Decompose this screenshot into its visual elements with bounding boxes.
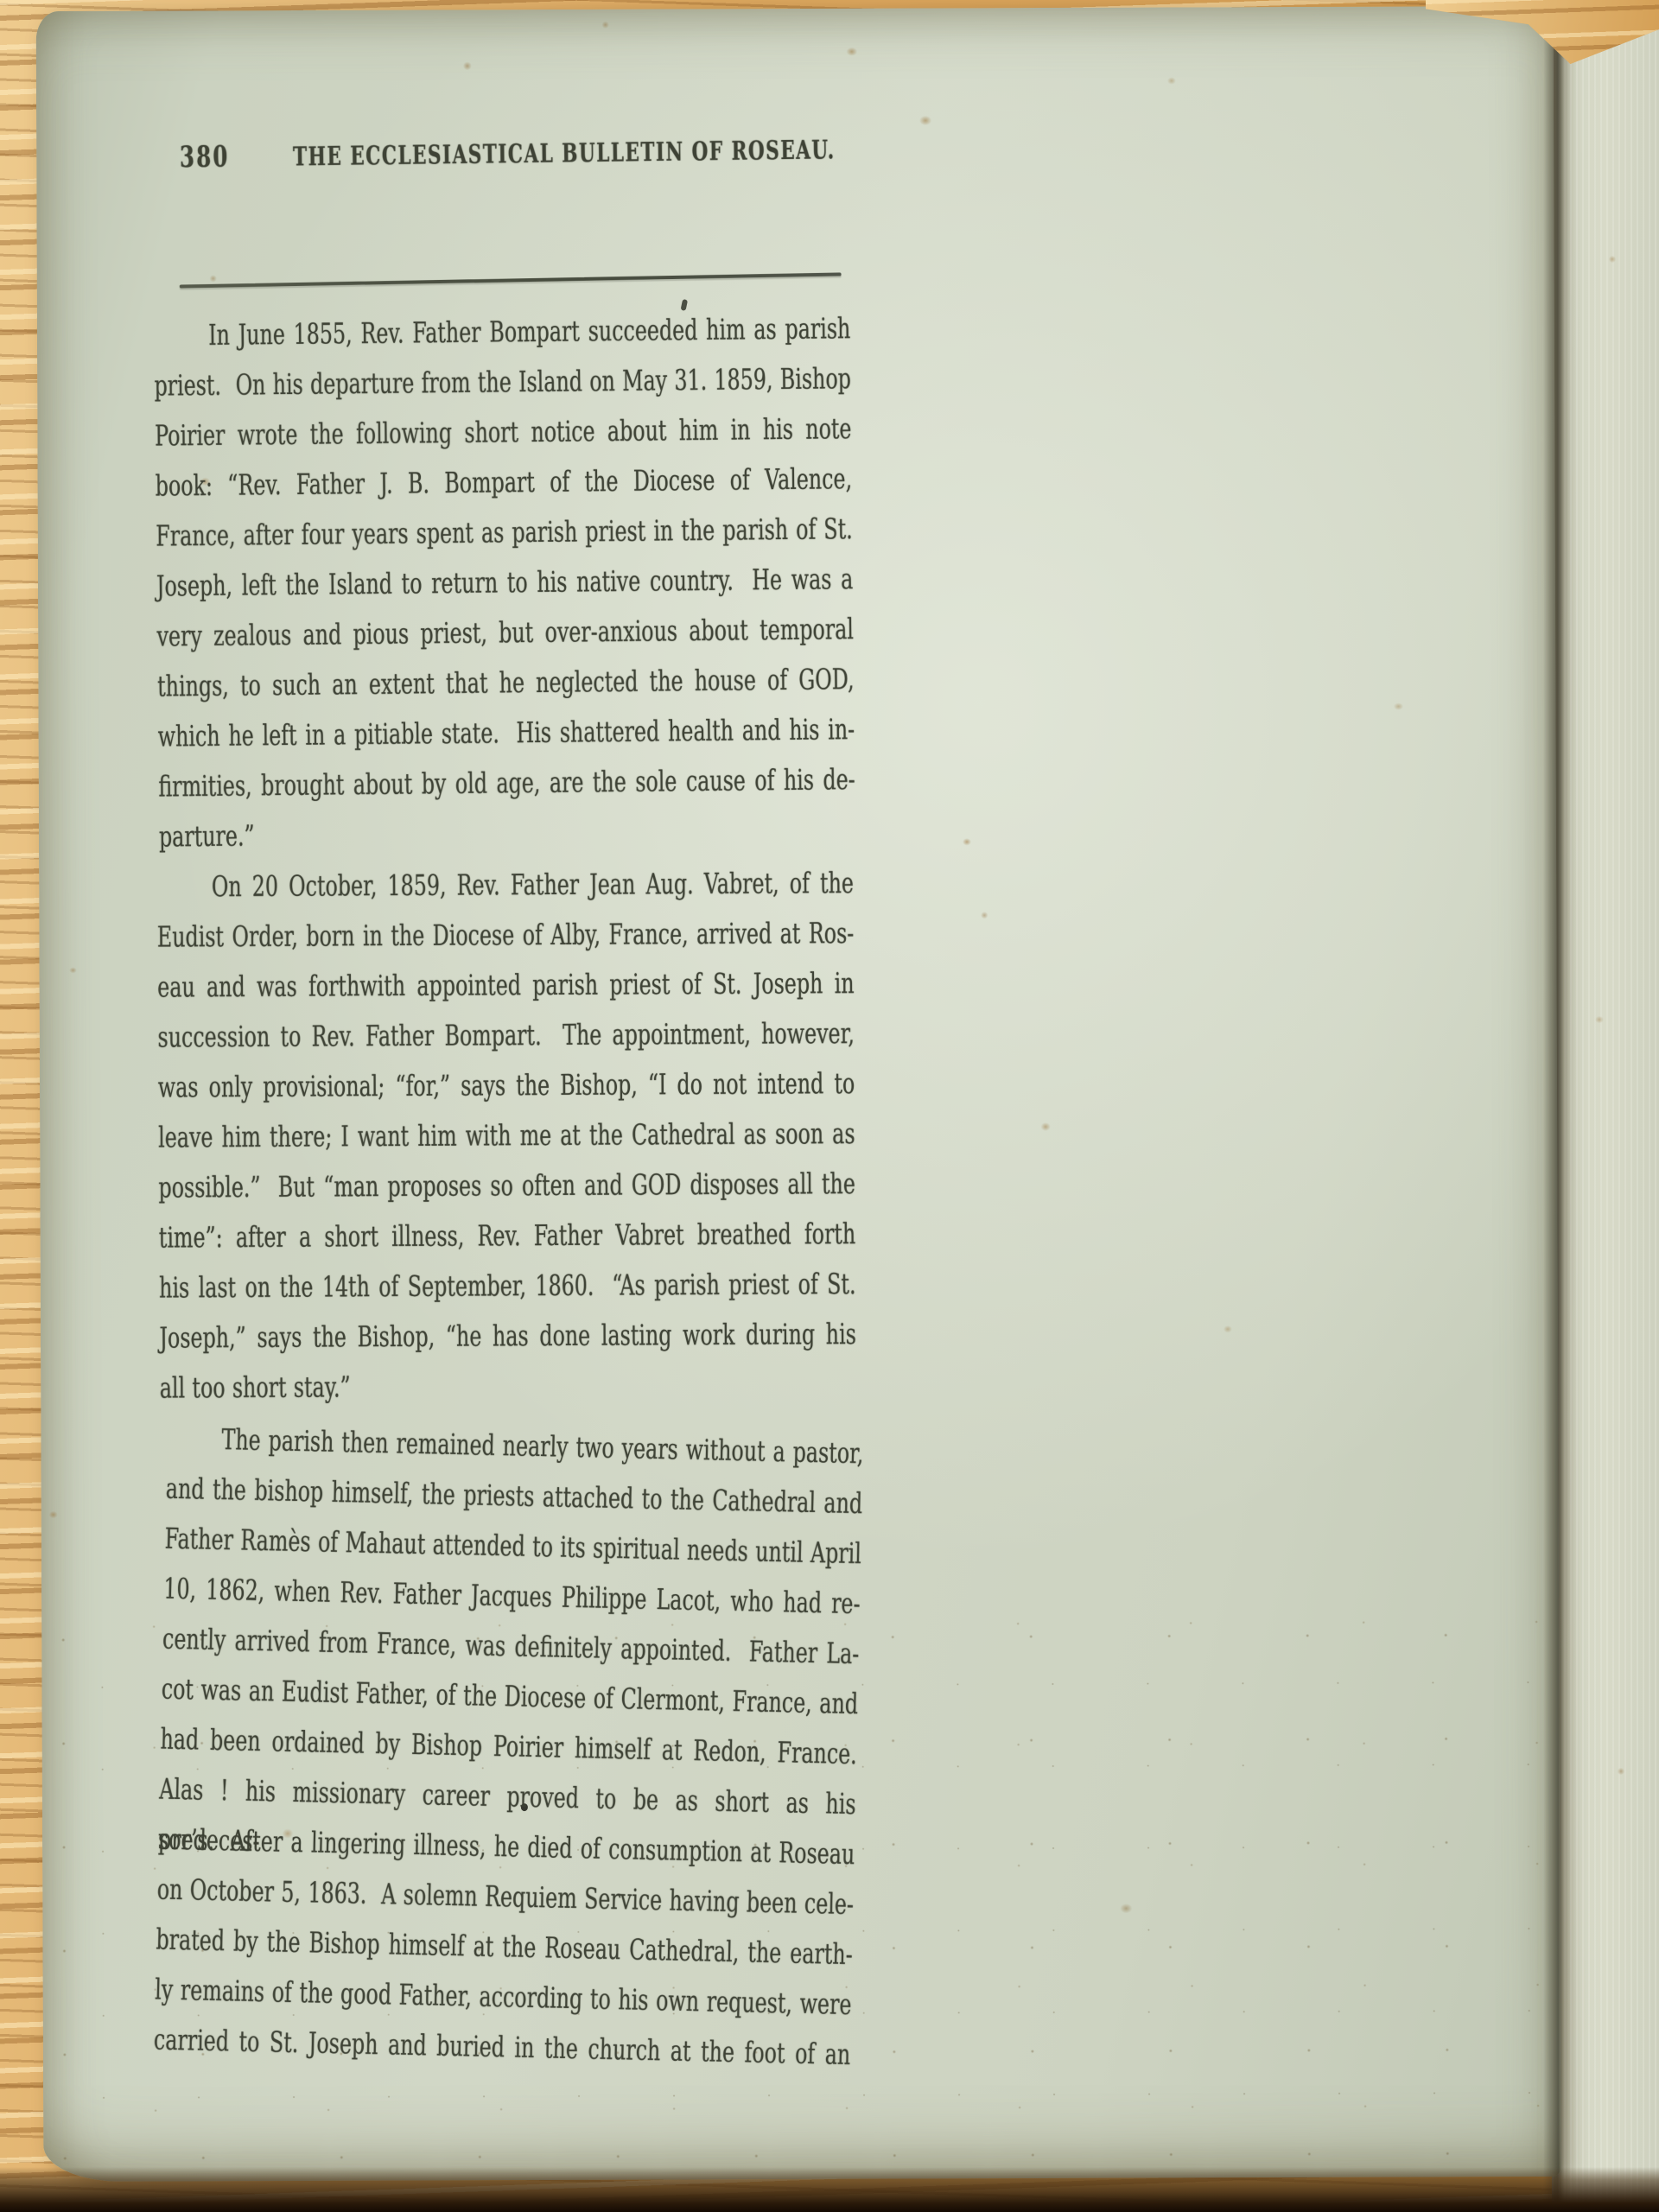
- text-line: very zealous and pious priest, but over-…: [156, 604, 854, 661]
- text-line: which he left in a pitiable state. His s…: [157, 704, 855, 761]
- text-line: leave him there; I want him with me at t…: [158, 1109, 855, 1163]
- header-title: THE ECCLESIASTICAL BULLETIN OF ROSEAU.: [293, 135, 836, 172]
- text-line: firmities, brought about by old age, are…: [158, 754, 855, 811]
- text-line: parture.”: [159, 804, 856, 861]
- text-line: In June 1855, Rev. Father Bompart succee…: [154, 303, 851, 360]
- text-line: France, after four years spent as parish…: [156, 504, 853, 561]
- book-gutter-crease: [1543, 0, 1569, 2212]
- text-line: eau and was forthwith appointed parish p…: [157, 958, 855, 1013]
- text-line: his last on the 14th of September, 1860.…: [159, 1259, 856, 1313]
- text-line: Poirier wrote the following short notice…: [155, 404, 852, 461]
- text-line: priest. On his departure from the Island…: [154, 353, 851, 410]
- paragraph: On 20 October, 1859, Rev. Father Jean Au…: [156, 858, 856, 1413]
- text-line: possible.” But “man proposes so often an…: [158, 1159, 855, 1213]
- book-page: 380 THE ECCLESIASTICAL BULLETIN OF ROSEA…: [36, 6, 1561, 2182]
- text-line: all too short stay.”: [160, 1359, 857, 1414]
- text-line: things, to such an extent that he neglec…: [157, 654, 855, 711]
- page-content: 380 THE ECCLESIASTICAL BULLETIN OF ROSEA…: [155, 130, 1122, 134]
- text-line: Eudist Order, born in the Diocese of Alb…: [157, 908, 855, 963]
- text-line: Joseph, left the Island to return to his…: [156, 554, 854, 611]
- table-edge-shadow: [0, 2167, 1659, 2212]
- header-rule: [180, 272, 842, 288]
- photo-of-book-page: 380 THE ECCLESIASTICAL BULLETIN OF ROSEA…: [0, 0, 1659, 2212]
- text-line: On 20 October, 1859, Rev. Father Jean Au…: [156, 858, 854, 912]
- text-line: succession to Rev. Father Bompart. The a…: [157, 1008, 855, 1063]
- page-number: 380: [180, 139, 230, 175]
- text-line: book: “Rev. Father J. B. Bompart of the …: [155, 454, 852, 511]
- text-line: Joseph,” says the Bishop, “he has done l…: [159, 1309, 856, 1363]
- page-header: 380 THE ECCLESIASTICAL BULLETIN OF ROSEA…: [155, 124, 852, 186]
- paragraph: The parish then remained nearly two year…: [153, 1414, 864, 2080]
- text-line: time”: after a short illness, Rev. Fathe…: [159, 1209, 856, 1263]
- paragraph: In June 1855, Rev. Father Bompart succee…: [154, 303, 856, 861]
- text-line: was only provisional; “for,” says the Bi…: [158, 1058, 855, 1113]
